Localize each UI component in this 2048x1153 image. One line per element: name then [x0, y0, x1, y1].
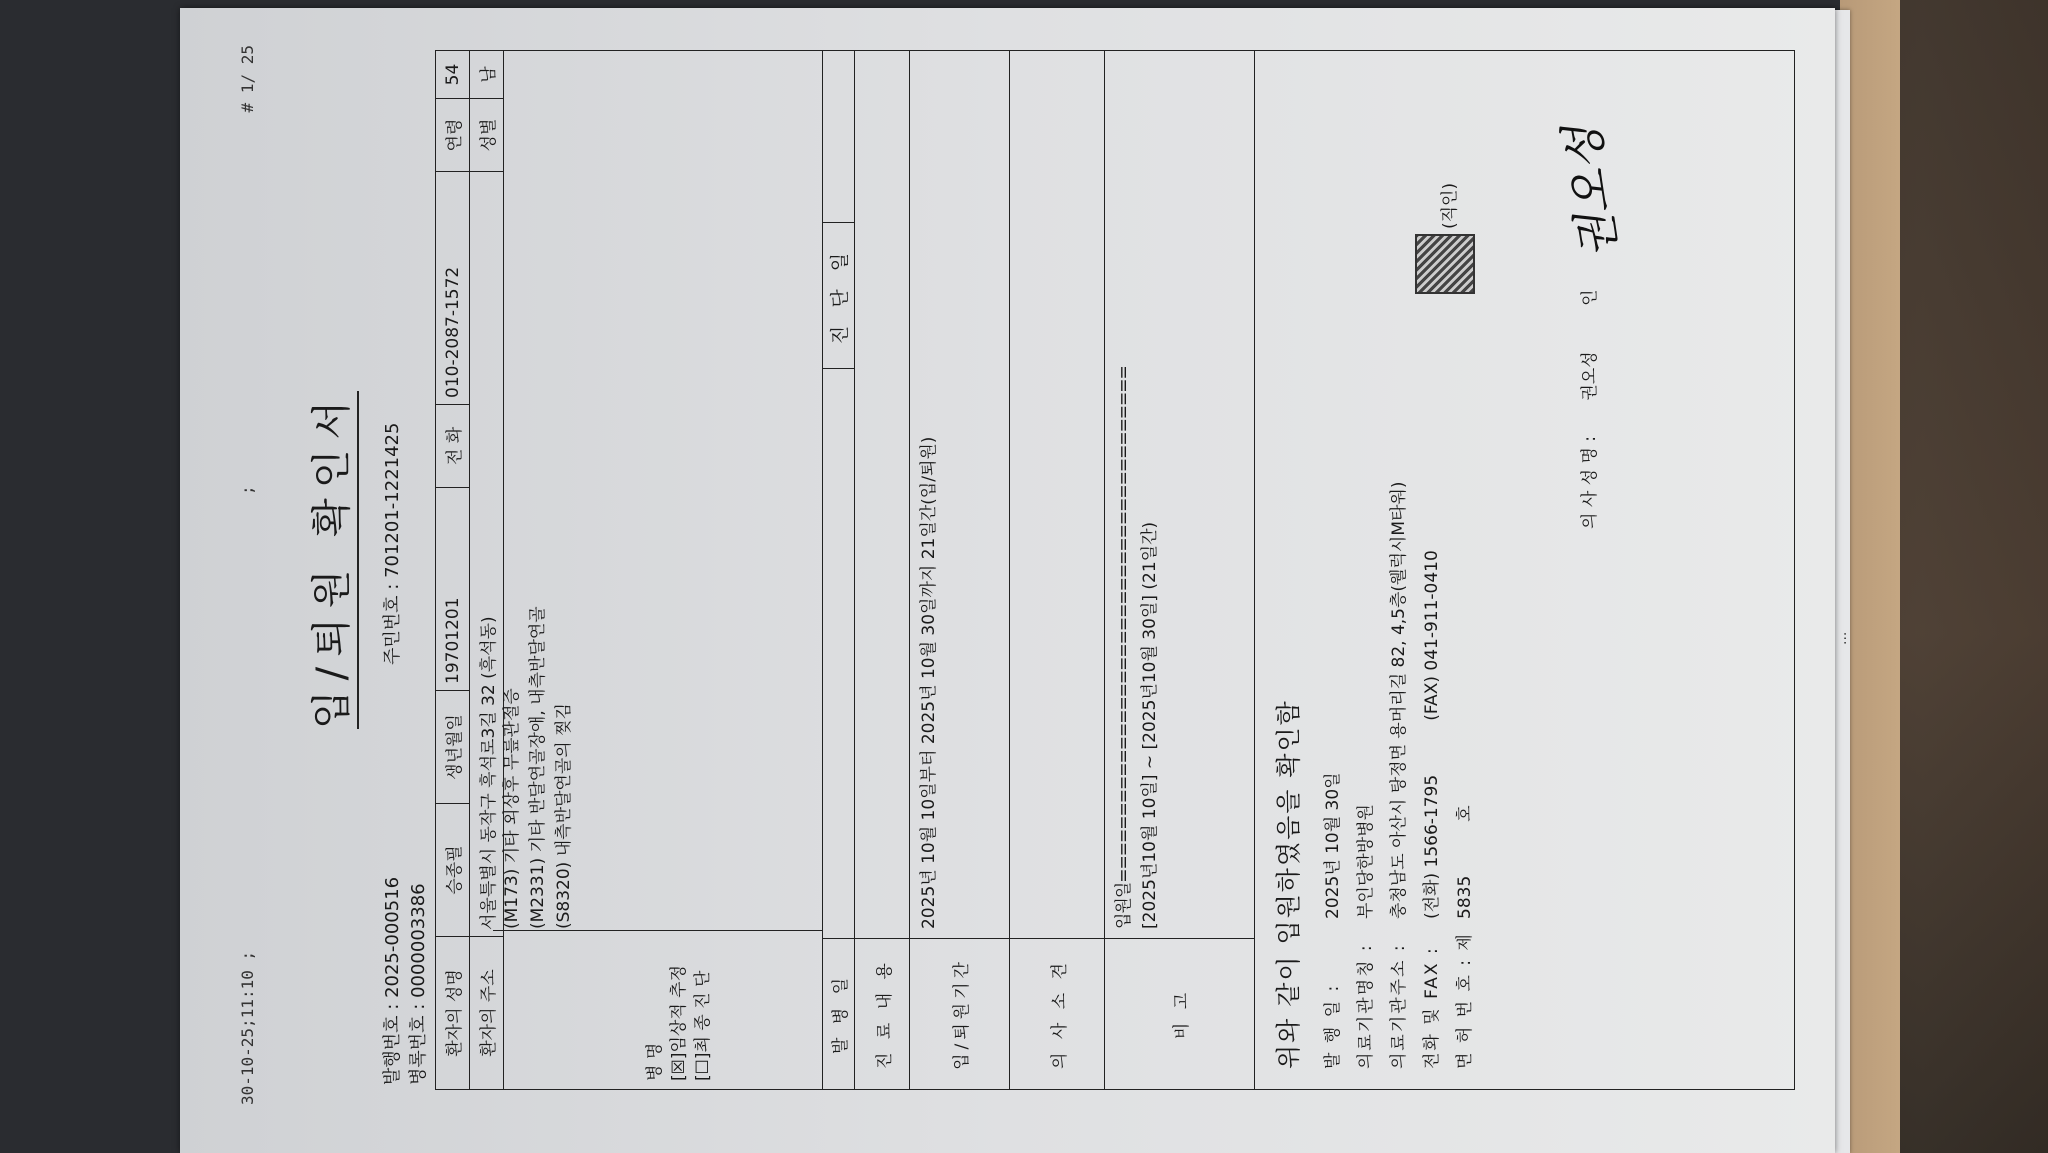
desk-shadow [1900, 0, 2048, 1153]
patient-name-label: 환자의 성명 [436, 937, 470, 1090]
diagnosis-item: (S8320) 내측반달연골의 찢김 [551, 61, 577, 929]
license-row: 면 허 번 호 : 제5835 호 [1449, 482, 1482, 1069]
footer-mark: ... [1834, 632, 1850, 645]
note-row: 비 고 입원일=================================… [1105, 50, 1255, 1090]
period-label: 입/퇴원기간 [910, 938, 1009, 1089]
document-meta: 발행번호 : 2025-000516 병록번호 : 0000003386 주민번… [380, 877, 432, 1085]
institution-address-row: 의료기관주소 :충청남도 아산시 탕정면 용머리길 82, 4,5층(웰럭시M타… [1383, 482, 1416, 1069]
fax-page-count: # 1/ 25 [238, 45, 257, 112]
resident-no: 701201-1221425 [382, 423, 403, 578]
diagnosis-header: 병 명 [☒]임상적 추정 [☐]최 종 진 단 [493, 930, 822, 1089]
fax-mark: ; [238, 485, 257, 495]
phone-value: 010-2087-1572 [436, 172, 470, 405]
phone-fax-row: 전화 및 FAX :(전화) 1566-1795 (FAX) 041-911-0… [1416, 482, 1449, 1069]
diagnosis-item: (M173) 기타 외상후 무릎관절증 [499, 61, 525, 929]
record-no-label: 병록번호 [408, 1015, 429, 1085]
doctor-name: 권오성 [1580, 351, 1600, 400]
diagnosis-title: 병 명 [643, 1043, 667, 1081]
doctor-signature: 권오성 [1546, 122, 1630, 263]
treatment-label: 진 료 내 용 [855, 938, 909, 1089]
diagnosis-date-label: 진 단 일 [823, 222, 854, 369]
record-no: 0000003386 [408, 883, 429, 998]
treatment-row: 진 료 내 용 [855, 50, 910, 1090]
official-seal-icon [1415, 234, 1475, 294]
admission-line: 입원일=====================================… [1111, 61, 1137, 929]
issuer-info: 발 행 일 :2025년 10월 30일 의료기관명칭 :부인당한방병원 의료기… [1317, 482, 1482, 1069]
issue-no-label: 발행번호 [382, 1015, 403, 1085]
period-row: 입/퇴원기간 2025년 10월 10일부터 2025년 10월 30일까지 2… [910, 50, 1010, 1090]
final-diagnosis-checkbox: [☐]최 종 진 단 [691, 971, 715, 1081]
document-title: 입/퇴원 확인서 [300, 5, 357, 1115]
birth-value: 19701201 [436, 488, 470, 691]
document-page: 30-10-25;11:10 ; ; # 1/ 25 입/퇴원 확인서 발행번호… [230, 5, 1830, 1115]
issue-date-row: 발 행 일 :2025년 10월 30일 [1317, 482, 1350, 1069]
resident-no-label: 주민번호 [382, 595, 403, 665]
note-content: 입원일=====================================… [1111, 61, 1163, 929]
seal-label: (직인) [1435, 183, 1460, 229]
age-label: 연령 [436, 99, 470, 172]
confirmation-statement: 위와 같이 입원하였음을 확인함 [1269, 699, 1305, 1069]
onset-row: 발 병 일 진 단 일 [823, 50, 855, 1090]
age-value: 54 [436, 51, 470, 99]
doctor-name-row: 의 사 성 명 : 권오성 인 [1575, 289, 1600, 529]
phone-label: 전 화 [436, 405, 470, 488]
period-value: 2025년 10월 10일부터 2025년 10월 30일까지 21일간(입/퇴… [916, 61, 942, 929]
clinical-estimate-checkbox: [☒]임상적 추정 [667, 965, 691, 1081]
diagnosis-item: (M2331) 기타 반달연골장애, 내측반달연골 [525, 61, 551, 929]
diagnosis-list: (M173) 기타 외상후 무릎관절증 (M2331) 기타 반달연골장애, 내… [499, 61, 577, 929]
birth-label: 생년월일 [436, 691, 470, 804]
diagnosis-section: 병 명 [☒]임상적 추정 [☐]최 종 진 단 (M173) 기타 외상후 무… [493, 50, 823, 1090]
onset-label: 발 병 일 [823, 938, 854, 1089]
fax-timestamp: 30-10-25;11:10 ; [238, 951, 257, 1105]
patient-name: 승종필 [436, 804, 470, 937]
institution-name-row: 의료기관명칭 :부인당한방병원 [1350, 482, 1383, 1069]
note-label: 비 고 [1105, 938, 1254, 1089]
issue-no: 2025-000516 [382, 877, 403, 998]
opinion-label: 의 사 소 견 [1010, 938, 1104, 1089]
confirmation-section: 위와 같이 입원하였음을 확인함 발 행 일 :2025년 10월 30일 의료… [1255, 50, 1795, 1090]
admission-range: [2025년10월 10일] ~ [2025년10월 30일] (21일간) [1137, 61, 1163, 929]
opinion-row: 의 사 소 견 [1010, 50, 1105, 1090]
